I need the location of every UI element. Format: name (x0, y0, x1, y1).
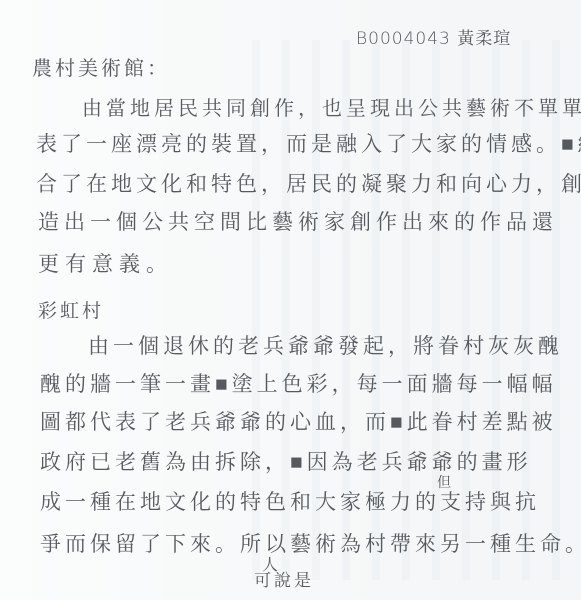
paragraph-line: 合了在地文化和特色，居民的凝聚力和向心力，創 (36, 168, 581, 198)
paragraph-line: 醜的牆一筆一畫■塗上色彩，每一面牆每一幅幅 (40, 368, 557, 398)
paragraph-line: 政府已老舊為由拆除，■因為老兵爺爺的畫形 (40, 446, 532, 476)
paragraph-line: 成一種在地文化的特色和大家極力的支持與抗 (40, 486, 540, 516)
section-title-rainbow-village: 彩虹村 (38, 296, 104, 323)
section-title-farm-art-museum: 農村美術館： (32, 52, 170, 81)
paragraph-line: 由當地居民共同創作，也呈現出公共藝術不單單代 (82, 92, 581, 121)
paragraph-line: 由一個退休的老兵爺爺發起，將眷村灰灰醜 (88, 330, 563, 360)
student-id-name: B0004043 黃柔瑄 (356, 24, 511, 49)
paragraph-line: 表了一座漂亮的裝置，而是融入了大家的情感。■結 (36, 128, 581, 158)
paragraph-line: 圖都代表了老兵爺爺的心血，而■此眷村差點被 (40, 406, 557, 436)
paragraph-line: 造出一個公共空間比藝術家創作出來的作品還 (38, 206, 558, 236)
paragraph-line: 爭而保留了下來。所以藝術為村帶來另一種生命。 (40, 528, 581, 558)
paragraph-line: 更有意義。 (38, 248, 173, 278)
handwritten-insertion: 可說是 (254, 566, 314, 591)
